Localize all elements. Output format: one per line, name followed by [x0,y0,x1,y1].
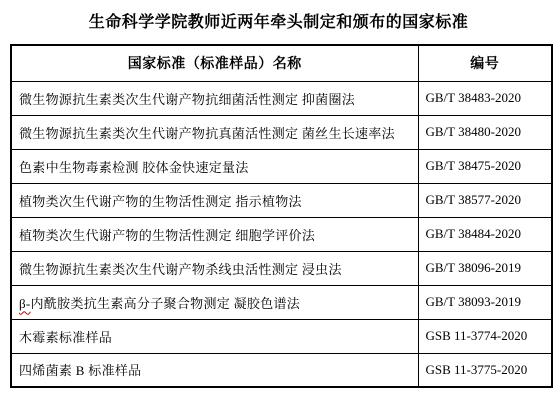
standard-code-cell: GB/T 38577-2020 [418,183,552,217]
spellcheck-flagged-text: β- [19,296,31,311]
standard-name-cell: 木霉素标准样品 [11,319,418,353]
standard-name-cell: 微生物源抗生素类次生代谢产物抗真菌活性测定 菌丝生长速率法 [11,115,418,149]
standard-name-cell: 微生物源抗生素类次生代谢产物杀线虫活性测定 浸虫法 [11,251,418,285]
standard-name-cell: 植物类次生代谢产物的生物活性测定 细胞学评价法 [11,217,418,251]
standard-name-text: 四烯菌素 B 标准样品 [19,363,141,378]
standard-name-text: 色素中生物毒素检测 胶体金快速定量法 [19,160,249,175]
standard-code-cell: GB/T 38093-2019 [418,285,552,319]
page-title: 生命科学学院教师近两年牵头制定和颁布的国家标准 [6,12,551,33]
table-row: 色素中生物毒素检测 胶体金快速定量法GB/T 38475-2020 [11,149,552,183]
column-header-code: 编号 [418,45,552,81]
table-row: 植物类次生代谢产物的生物活性测定 指示植物法GB/T 38577-2020 [11,183,552,217]
standard-name-cell: 四烯菌素 B 标准样品 [11,353,418,387]
standard-code-cell: GB/T 38475-2020 [418,149,552,183]
table-row: 微生物源抗生素类次生代谢产物抗细菌活性测定 抑菌圈法GB/T 38483-202… [11,81,552,115]
standard-name-cell: 色素中生物毒素检测 胶体金快速定量法 [11,149,418,183]
table-row: 木霉素标准样品GSB 11-3774-2020 [11,319,552,353]
standard-name-cell: 植物类次生代谢产物的生物活性测定 指示植物法 [11,183,418,217]
standard-code-cell: GB/T 38484-2020 [418,217,552,251]
standard-name-text: 植物类次生代谢产物的生物活性测定 指示植物法 [19,194,302,209]
standard-name-cell: 微生物源抗生素类次生代谢产物抗细菌活性测定 抑菌圈法 [11,81,418,115]
table-body: 微生物源抗生素类次生代谢产物抗细菌活性测定 抑菌圈法GB/T 38483-202… [11,81,552,387]
table-header-row: 国家标准（标准样品）名称 编号 [11,45,552,81]
standard-name-cell: β-内酰胺类抗生素高分子聚合物测定 凝胶色谱法 [11,285,418,319]
standard-code-cell: GB/T 38480-2020 [418,115,552,149]
table-row: β-内酰胺类抗生素高分子聚合物测定 凝胶色谱法GB/T 38093-2019 [11,285,552,319]
standard-name-text: 内酰胺类抗生素高分子聚合物测定 凝胶色谱法 [31,296,301,311]
table-row: 微生物源抗生素类次生代谢产物抗真菌活性测定 菌丝生长速率法GB/T 38480-… [11,115,552,149]
standard-code-cell: GSB 11-3775-2020 [418,353,552,387]
column-header-standard-name: 国家标准（标准样品）名称 [11,45,418,81]
table-row: 四烯菌素 B 标准样品GSB 11-3775-2020 [11,353,552,387]
standard-name-text: 微生物源抗生素类次生代谢产物抗细菌活性测定 抑菌圈法 [19,92,355,107]
standard-name-text: 微生物源抗生素类次生代谢产物抗真菌活性测定 菌丝生长速率法 [19,126,395,141]
standard-code-cell: GB/T 38096-2019 [418,251,552,285]
standard-name-text: 微生物源抗生素类次生代谢产物杀线虫活性测定 浸虫法 [19,262,342,277]
standards-table: 国家标准（标准样品）名称 编号 微生物源抗生素类次生代谢产物抗细菌活性测定 抑菌… [10,44,553,388]
standard-name-text: 木霉素标准样品 [19,330,112,345]
standard-code-cell: GSB 11-3774-2020 [418,319,552,353]
table-row: 植物类次生代谢产物的生物活性测定 细胞学评价法GB/T 38484-2020 [11,217,552,251]
standard-name-text: 植物类次生代谢产物的生物活性测定 细胞学评价法 [19,228,315,243]
standard-code-cell: GB/T 38483-2020 [418,81,552,115]
table-row: 微生物源抗生素类次生代谢产物杀线虫活性测定 浸虫法GB/T 38096-2019 [11,251,552,285]
